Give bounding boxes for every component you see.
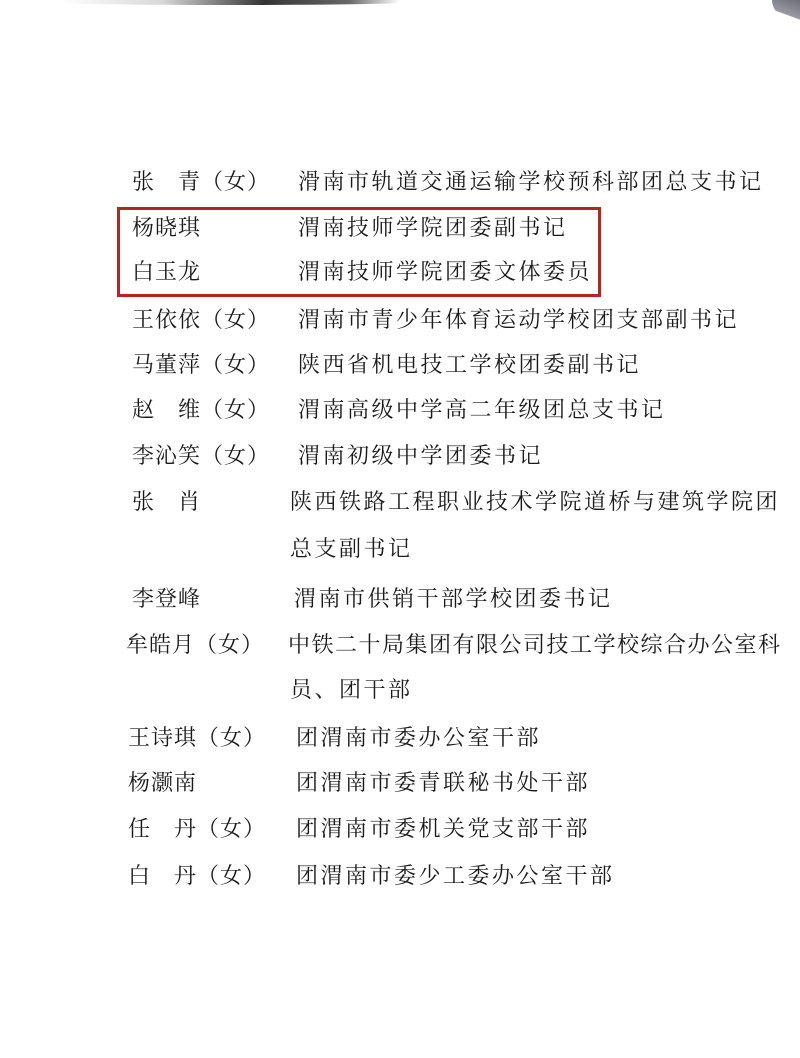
roster-row: 赵 维（女） 渭南高级中学高二年级团总支书记 [0,396,800,426]
roster-row-highlighted: 杨晓琪 渭南技师学院团委副书记 [0,214,800,244]
roster-row: 牟皓月（女） 中铁二十局集团有限公司技工学校综合办公室科 [0,631,800,661]
member-title: 渭南初级中学团委书记 [298,442,543,472]
roster-row: 马董萍（女） 陕西省机电技工学校团委副书记 [0,351,800,381]
member-title: 陕西省机电技工学校团委副书记 [298,351,641,381]
member-title: 团渭南市委青联秘书处干部 [296,769,590,799]
member-title: 渭南市青少年体育运动学校团支部副书记 [298,306,739,336]
member-title: 渭南技师学院团委副书记 [298,214,568,244]
member-title: 中铁二十局集团有限公司技工学校综合办公室科 [288,631,782,661]
member-name: 白 丹（女） [128,862,266,892]
member-name: 李登峰 [132,585,201,615]
member-title: 团渭南市委机关党支部干部 [296,815,590,845]
member-name: 白玉龙 [132,258,201,288]
roster-row: 王依依（女） 渭南市青少年体育运动学校团支部副书记 [0,306,800,336]
member-title: 总支副书记 [290,535,413,565]
roster-row: 任 丹（女） 团渭南市委机关党支部干部 [0,815,800,845]
member-name: 张 青（女） [132,168,270,198]
roster-row-continuation: 员、团干部 [0,676,800,706]
page-corner-fold [772,0,800,22]
roster-row: 杨灏南 团渭南市委青联秘书处干部 [0,769,800,799]
member-name: 张 肖 [132,488,201,518]
member-title: 团渭南市委少工委办公室干部 [296,862,615,892]
member-name: 牟皓月（女） [126,631,264,661]
roster-row: 李沁笑（女） 渭南初级中学团委书记 [0,442,800,472]
member-title: 滑南市轨道交通运输学校预科部团总支书记 [298,168,764,198]
member-title: 渭南高级中学高二年级团总支书记 [298,396,666,426]
member-title: 陕西铁路工程职业技术学院道桥与建筑学院团 [290,488,780,518]
member-name: 马董萍（女） [132,351,270,381]
roster-row: 张 青（女） 滑南市轨道交通运输学校预科部团总支书记 [0,168,800,198]
roster-row-highlighted: 白玉龙 渭南技师学院团委文体委员 [0,258,800,288]
scan-top-shadow [60,0,400,5]
roster-row-continuation: 总支副书记 [0,535,800,565]
member-title: 渭南技师学院团委文体委员 [298,258,592,288]
member-name: 杨晓琪 [132,214,201,244]
roster-row: 王诗琪（女） 团渭南市委办公室干部 [0,724,800,754]
member-title: 团渭南市委办公室干部 [296,724,541,754]
member-name: 王诗琪（女） [128,724,266,754]
roster-row: 李登峰 渭南市供销干部学校团委书记 [0,585,800,615]
member-name: 任 丹（女） [128,815,266,845]
member-name: 王依依（女） [132,306,270,336]
member-name: 李沁笑（女） [132,442,270,472]
member-name: 杨灏南 [128,769,197,799]
roster-row: 白 丹（女） 团渭南市委少工委办公室干部 [0,862,800,892]
member-name: 赵 维（女） [132,396,270,426]
member-title: 渭南市供销干部学校团委书记 [294,585,613,615]
roster-row: 张 肖 陕西铁路工程职业技术学院道桥与建筑学院团 [0,488,800,518]
member-title: 员、团干部 [290,676,413,706]
